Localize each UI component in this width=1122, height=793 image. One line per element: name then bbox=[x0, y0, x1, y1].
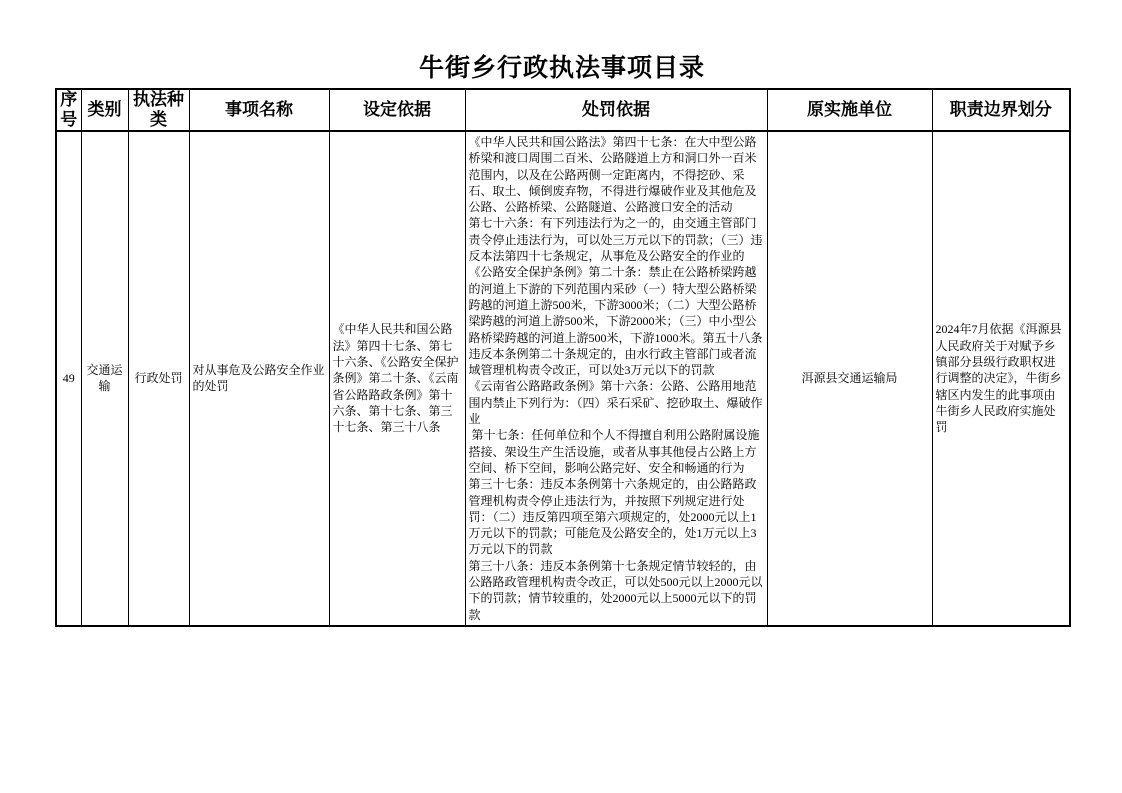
cell-boundary-division: 2024年7月依据《洱源县人民政府关于对赋予乡镇部分县级行政职权进行调整的决定》… bbox=[932, 131, 1070, 626]
document-page: 牛街乡行政执法事项目录 序号 类别 执法种类 事项名称 设定依据 处罚依据 原实… bbox=[0, 0, 1122, 793]
header-seq: 序号 bbox=[56, 89, 81, 131]
cell-item-name: 对从事危及公路安全作业的处罚 bbox=[189, 131, 329, 626]
header-boundary-division: 职责边界划分 bbox=[932, 89, 1070, 131]
header-original-unit: 原实施单位 bbox=[767, 89, 932, 131]
table-header-row: 序号 类别 执法种类 事项名称 设定依据 处罚依据 原实施单位 职责边界划分 bbox=[56, 89, 1070, 131]
header-category: 类别 bbox=[81, 89, 128, 131]
header-penalty-basis: 处罚依据 bbox=[465, 89, 767, 131]
page-title: 牛街乡行政执法事项目录 bbox=[55, 54, 1069, 82]
cell-penalty-basis: 《中华人民共和国公路法》第四十七条：在大中型公路桥梁和渡口周围二百米、公路隧道上… bbox=[465, 131, 767, 626]
cell-setting-basis: 《中华人民共和国公路法》第四十七条、第七十六条、《公路安全保护条例》第二十条、《… bbox=[329, 131, 465, 626]
law-enforcement-table: 序号 类别 执法种类 事项名称 设定依据 处罚依据 原实施单位 职责边界划分 4… bbox=[55, 88, 1071, 627]
table-row: 49 交通运输 行政处罚 对从事危及公路安全作业的处罚 《中华人民共和国公路法》… bbox=[56, 131, 1070, 626]
header-item-name: 事项名称 bbox=[189, 89, 329, 131]
header-enforcement-type: 执法种类 bbox=[128, 89, 189, 131]
cell-original-unit: 洱源县交通运输局 bbox=[767, 131, 932, 626]
cell-seq: 49 bbox=[56, 131, 81, 626]
cell-category: 交通运输 bbox=[81, 131, 128, 626]
cell-enforcement-type: 行政处罚 bbox=[128, 131, 189, 626]
header-setting-basis: 设定依据 bbox=[329, 89, 465, 131]
